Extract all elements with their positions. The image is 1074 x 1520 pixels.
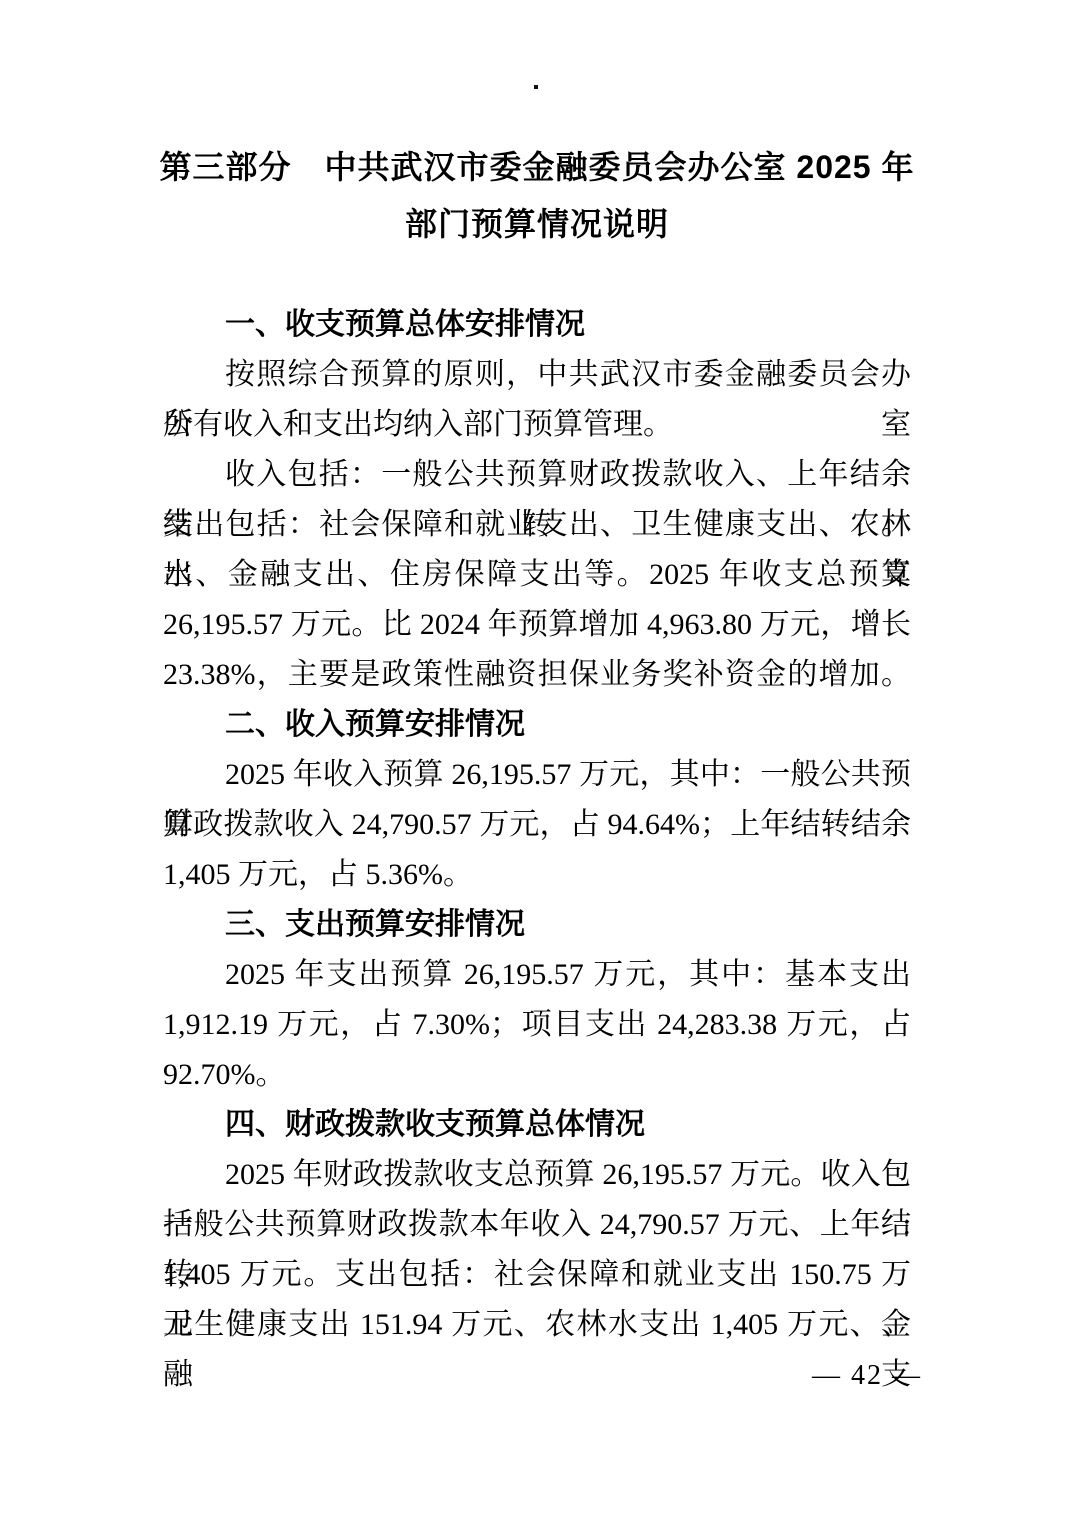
paragraph-line: 2025 年收入预算 26,195.57 万元，其中：一般公共预算: [163, 750, 911, 800]
paragraph-line: 支出包括：社会保障和就业支出、卫生健康支出、农林水支: [163, 500, 911, 550]
paragraph-line: 2025 年财政拨款收支总预算 26,195.57 万元。收入包括:: [163, 1150, 911, 1200]
document-title: 第三部分 中共武汉市委金融委员会办公室 2025 年 部门预算情况说明: [0, 139, 1074, 253]
section-1-heading: 一、收支预算总体安排情况: [163, 300, 911, 350]
document-page: 第三部分 中共武汉市委金融委员会办公室 2025 年 部门预算情况说明 一、收支…: [0, 0, 1074, 1520]
title-line-1: 第三部分 中共武汉市委金融委员会办公室 2025 年: [0, 139, 1074, 196]
paragraph-line: 1,405 万元。支出包括：社会保障和就业支出 150.75 万元、: [163, 1250, 911, 1300]
paragraph-line: 财政拨款收入 24,790.57 万元，占 94.64%；上年结转结余: [163, 800, 911, 850]
paragraph-line: 按照综合预算的原则，中共武汉市委金融委员会办公室: [163, 350, 911, 400]
paragraph-line: 一般公共预算财政拨款本年收入 24,790.57 万元、上年结转: [163, 1200, 911, 1250]
paragraph-line: 1,912.19 万元，占 7.30%；项目支出 24,283.38 万元，占: [163, 1000, 911, 1050]
section-4-heading: 四、财政拨款收支预算总体情况: [163, 1100, 911, 1150]
page-number: — 42 —: [772, 1356, 962, 1396]
paragraph-line: 1,405 万元，占 5.36%。: [163, 850, 911, 900]
paragraph-line: 卫生健康支出 151.94 万元、农林水支出 1,405 万元、金融支: [163, 1300, 911, 1350]
document-body: 一、收支预算总体安排情况 按照综合预算的原则，中共武汉市委金融委员会办公室 所有…: [163, 300, 911, 1350]
paragraph-line: 出、金融支出、住房保障支出等。2025 年收支总预算: [163, 550, 911, 600]
section-3-heading: 三、支出预算安排情况: [163, 900, 911, 950]
title-line-2: 部门预算情况说明: [0, 196, 1074, 253]
paragraph-line: 23.38%，主要是政策性融资担保业务奖补资金的增加。: [163, 650, 911, 700]
section-2-heading: 二、收入预算安排情况: [163, 700, 911, 750]
paragraph-line: 2025 年支出预算 26,195.57 万元，其中：基本支出: [163, 950, 911, 1000]
paragraph-line: 26,195.57 万元。比 2024 年预算增加 4,963.80 万元，增长: [163, 600, 911, 650]
paragraph-line: 92.70%。: [163, 1050, 911, 1100]
stray-dot-mark: [534, 85, 538, 89]
paragraph-line: 收入包括：一般公共预算财政拨款收入、上年结余结转。: [163, 450, 911, 500]
